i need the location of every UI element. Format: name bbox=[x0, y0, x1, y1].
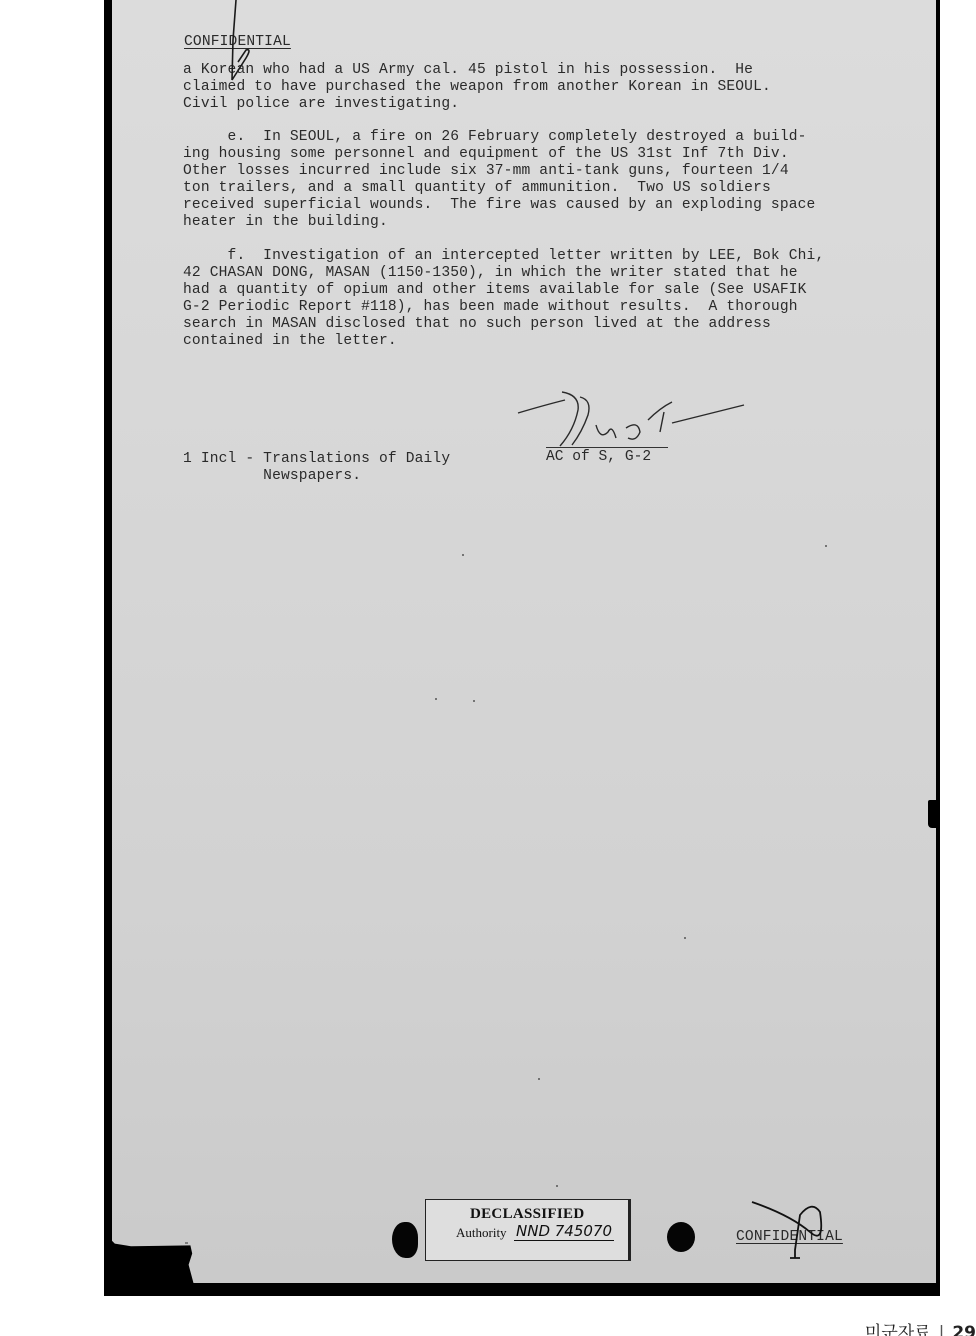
authority-value: NND 745070 bbox=[514, 1222, 614, 1241]
text-line: heater in the building. bbox=[183, 214, 815, 231]
text-line: received superficial wounds. The fire wa… bbox=[183, 197, 815, 214]
text-line: 1 Incl - Translations of Daily bbox=[183, 451, 450, 468]
text-line: Civil police are investigating. bbox=[183, 96, 771, 113]
text-line: 42 CHASAN DONG, MASAN (1150-1350), in wh… bbox=[183, 265, 824, 282]
text-line: ton trailers, and a small quantity of am… bbox=[183, 180, 815, 197]
text-line: contained in the letter. bbox=[183, 333, 824, 350]
text-line: Other losses incurred include six 37-mm … bbox=[183, 163, 815, 180]
torn-edge bbox=[928, 800, 940, 828]
punch-hole bbox=[392, 1222, 418, 1258]
continuation-paragraph: a Korean who had a US Army cal. 45 pisto… bbox=[183, 62, 771, 113]
classification-footer: CONFIDENTIAL bbox=[736, 1229, 843, 1246]
declassified-title: DECLASSIFIED bbox=[470, 1206, 584, 1223]
authority-label: Authority bbox=[456, 1225, 507, 1241]
scan-speck bbox=[825, 545, 827, 547]
scan-speck bbox=[556, 1185, 558, 1187]
page-number: 29 bbox=[952, 1323, 976, 1336]
text-line: claimed to have purchased the weapon fro… bbox=[183, 79, 771, 96]
text-line: ing housing some personnel and equipment… bbox=[183, 146, 815, 163]
paragraph-f: f. Investigation of an intercepted lette… bbox=[183, 248, 824, 350]
text-line: e. In SEOUL, a fire on 26 February compl… bbox=[183, 129, 815, 146]
footer-section-label: 미군자료 bbox=[865, 1323, 931, 1336]
classification-header: CONFIDENTIAL bbox=[184, 34, 291, 51]
declassified-stamp: DECLASSIFIED Authority NND 745070 bbox=[425, 1199, 631, 1261]
page-footer: 미군자료|29 bbox=[865, 1318, 976, 1336]
enclosure-note: 1 Incl - Translations of Daily Newspaper… bbox=[183, 451, 450, 485]
text-line: had a quantity of opium and other items … bbox=[183, 282, 824, 299]
scan-speck bbox=[435, 698, 437, 700]
scan-speck bbox=[462, 554, 464, 556]
torn-corner bbox=[104, 1240, 194, 1285]
text-line: f. Investigation of an intercepted lette… bbox=[183, 248, 824, 265]
paragraph-e: e. In SEOUL, a fire on 26 February compl… bbox=[183, 129, 815, 231]
text-line: a Korean who had a US Army cal. 45 pisto… bbox=[183, 62, 771, 79]
signature-title: AC of S, G-2 bbox=[546, 447, 668, 465]
punch-hole bbox=[667, 1222, 695, 1252]
scan-speck bbox=[684, 937, 686, 939]
scan-speck bbox=[538, 1078, 540, 1080]
text-line: Newspapers. bbox=[183, 468, 450, 485]
text-line: G-2 Periodic Report #118), has been made… bbox=[183, 299, 824, 316]
footer-separator: | bbox=[939, 1323, 945, 1336]
scan-speck bbox=[473, 700, 475, 702]
text-line: search in MASAN disclosed that no such p… bbox=[183, 316, 824, 333]
